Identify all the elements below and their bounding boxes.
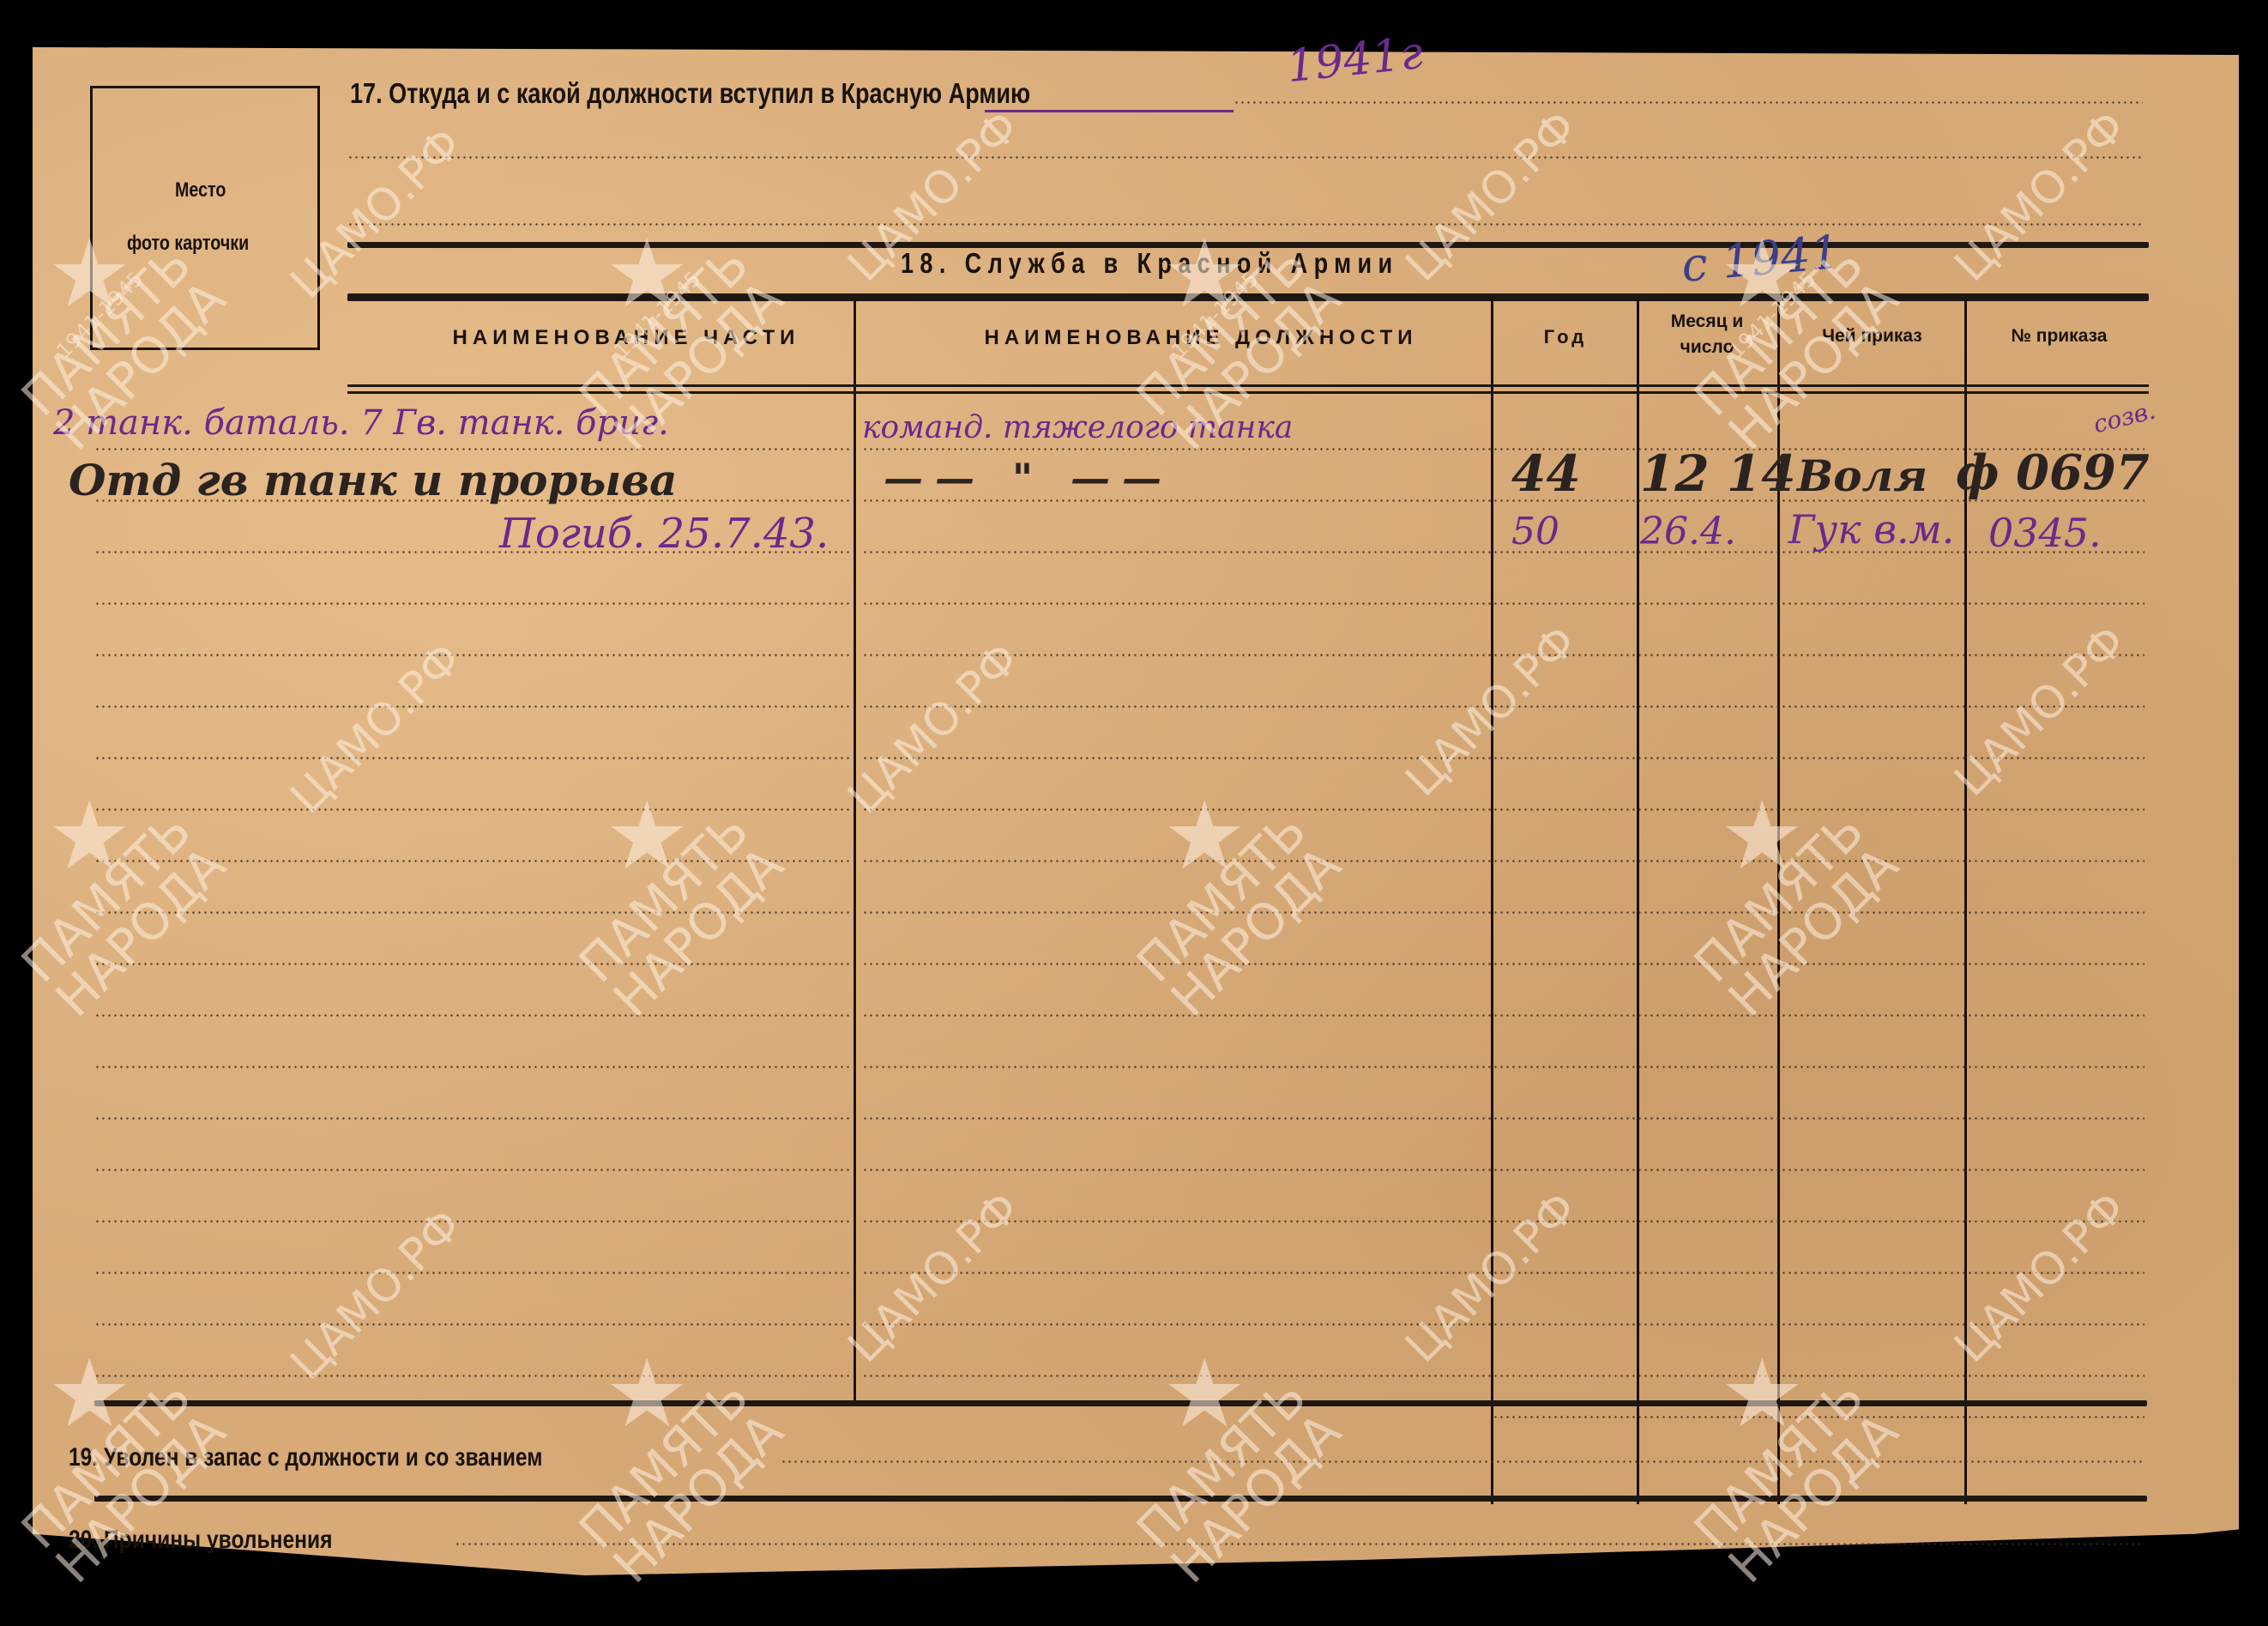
- row2-year[interactable]: 44: [1511, 444, 1581, 503]
- item20-dotted-line: [455, 1543, 2144, 1545]
- table-bottom-rule: [94, 1400, 2147, 1406]
- table-top-rule: [347, 293, 2149, 301]
- row1-position[interactable]: команд. тяжелого танка: [862, 410, 1293, 445]
- item19-label: 19. Уволен в запас с должности и со зван…: [69, 1443, 543, 1472]
- column-header-position: НАИМЕНОВАНИЕ ДОЛЖНОСТИ: [918, 326, 1484, 350]
- column-header-order-by: Чей приказ: [1784, 326, 1960, 347]
- row3-order-no[interactable]: 0345.: [1988, 510, 2102, 556]
- row2-order-no[interactable]: ф 0697: [1956, 444, 2150, 501]
- column-divider-1: [854, 299, 856, 1405]
- column-header-month-day: Месяц и число: [1660, 309, 1754, 360]
- item20-label: 20. Причины увольнения: [69, 1526, 333, 1555]
- item17-dotted-line-2: [347, 156, 2144, 159]
- item17-underline: [985, 110, 1234, 112]
- item17-dotted-line-3: [347, 223, 2144, 226]
- row3-order-by[interactable]: Гук в.м.: [1788, 506, 1954, 553]
- column-header-unit: НАИМЕНОВАНИЕ ЧАСТИ: [412, 326, 841, 350]
- photo-placeholder-box: Место фото карточки: [90, 86, 320, 350]
- row2-position-ditto[interactable]: —— " ——: [884, 455, 1173, 501]
- item19-dotted-line-upper: [1493, 1416, 2144, 1418]
- row3-month-day[interactable]: 26.4.: [1640, 510, 1736, 553]
- row3-unit-death-note[interactable]: Погиб. 25.7.43.: [499, 510, 829, 558]
- photo-box-label-line1: Место: [175, 178, 226, 202]
- item17-label: 17. Откуда и с какой должности вступил в…: [350, 77, 1030, 110]
- item17-dotted-line: [1234, 101, 2143, 104]
- row3-year[interactable]: 50: [1511, 510, 1559, 553]
- row2-order-by[interactable]: Воля: [1797, 450, 1927, 501]
- row2-month-day[interactable]: 12 14: [1640, 444, 1796, 503]
- row2-unit[interactable]: Отд гв танк и прорыва: [69, 455, 678, 505]
- item19-bottom-rule: [94, 1496, 2147, 1502]
- column-header-order-no: № приказа: [1971, 326, 2147, 347]
- header-bottom-rule-1: [347, 384, 2149, 387]
- header-bottom-rule-2: [347, 391, 2149, 394]
- item19-dotted-line: [781, 1460, 2144, 1463]
- row1-unit[interactable]: 2 танк. баталь. 7 Гв. танк. бриг.: [53, 403, 669, 443]
- item18-title: 18. Служба в Красной Армии: [901, 247, 1399, 280]
- photo-box-label-line2: фото карточки: [127, 232, 249, 256]
- column-header-year: Год: [1497, 326, 1634, 348]
